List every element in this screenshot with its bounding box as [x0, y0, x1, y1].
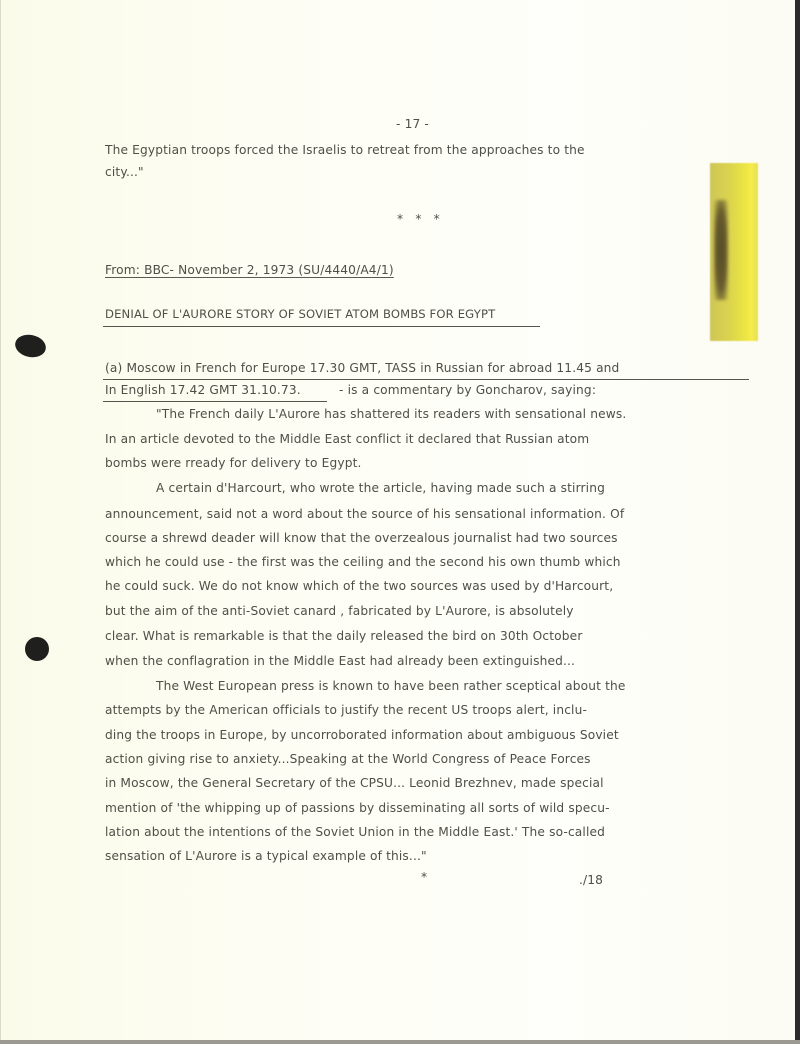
page-number: - 17 -: [396, 117, 429, 131]
scan-right-edge: [795, 0, 800, 1044]
next-page-indicator: ./18: [579, 873, 603, 887]
paragraph-1-line-1: "The French daily L'Aurore has shattered…: [156, 407, 626, 421]
paragraph-3-line-5: in Moscow, the General Secretary of the …: [105, 776, 604, 790]
continuation-line-2: city...": [105, 165, 144, 179]
attribution-underline-2: [103, 401, 327, 402]
attribution-line-2-underlined: In English 17.42 GMT 31.10.73.: [105, 383, 301, 397]
attribution-line-2-rest: - is a commentary by Goncharov, saying:: [331, 383, 596, 397]
paragraph-3-line-7: lation about the intentions of the Sovie…: [105, 825, 605, 839]
paragraph-2-line-5: he could suck. We do not know which of t…: [105, 579, 613, 593]
paragraph-2-line-8: when the conflagration in the Middle Eas…: [105, 654, 575, 668]
paragraph-2-line-3: course a shrewd deader will know that th…: [105, 531, 618, 545]
paragraph-2-line-6: but the aim of the anti-Soviet canard , …: [105, 604, 574, 618]
paragraph-2-line-7: clear. What is remarkable is that the da…: [105, 629, 583, 643]
footer-asterisk: *: [421, 870, 427, 884]
paragraph-2-line-2: announcement, said not a word about the …: [105, 507, 624, 521]
typewritten-page: - 17 - The Egyptian troops forced the Is…: [0, 0, 795, 1040]
continuation-line-1: The Egyptian troops forced the Israelis …: [105, 143, 585, 157]
attribution-line-1: (a) Moscow in French for Europe 17.30 GM…: [105, 361, 619, 375]
punch-hole-top: [13, 332, 48, 360]
source-line: From: BBC- November 2, 1973 (SU/4440/A4/…: [105, 263, 394, 277]
paragraph-1-line-3: bombs were rready for delivery to Egypt.: [105, 456, 362, 470]
paragraph-3-line-2: attempts by the American officials to ju…: [105, 703, 587, 717]
paragraph-3-line-6: mention of 'the whipping up of passions …: [105, 801, 610, 815]
paragraph-3-line-4: action giving rise to anxiety...Speaking…: [105, 752, 591, 766]
heading-underline: [103, 326, 540, 327]
punch-hole-bottom: [25, 637, 49, 661]
tape-stain-mark: [714, 200, 728, 300]
attribution-underline-1: [103, 379, 749, 380]
section-separator: * * *: [397, 212, 440, 226]
paragraph-1-line-2: In an article devoted to the Middle East…: [105, 432, 589, 446]
paragraph-3-line-1: The West European press is known to have…: [156, 679, 626, 693]
article-heading: DENIAL OF L'AURORE STORY OF SOVIET ATOM …: [105, 307, 495, 321]
paragraph-3-line-8: sensation of L'Aurore is a typical examp…: [105, 849, 427, 863]
scan-bottom-edge: [0, 1040, 800, 1044]
paragraph-3-line-3: ding the troops in Europe, by uncorrobor…: [105, 728, 619, 742]
paragraph-2-line-1: A certain d'Harcourt, who wrote the arti…: [156, 481, 605, 495]
paragraph-2-line-4: which he could use - the first was the c…: [105, 555, 621, 569]
